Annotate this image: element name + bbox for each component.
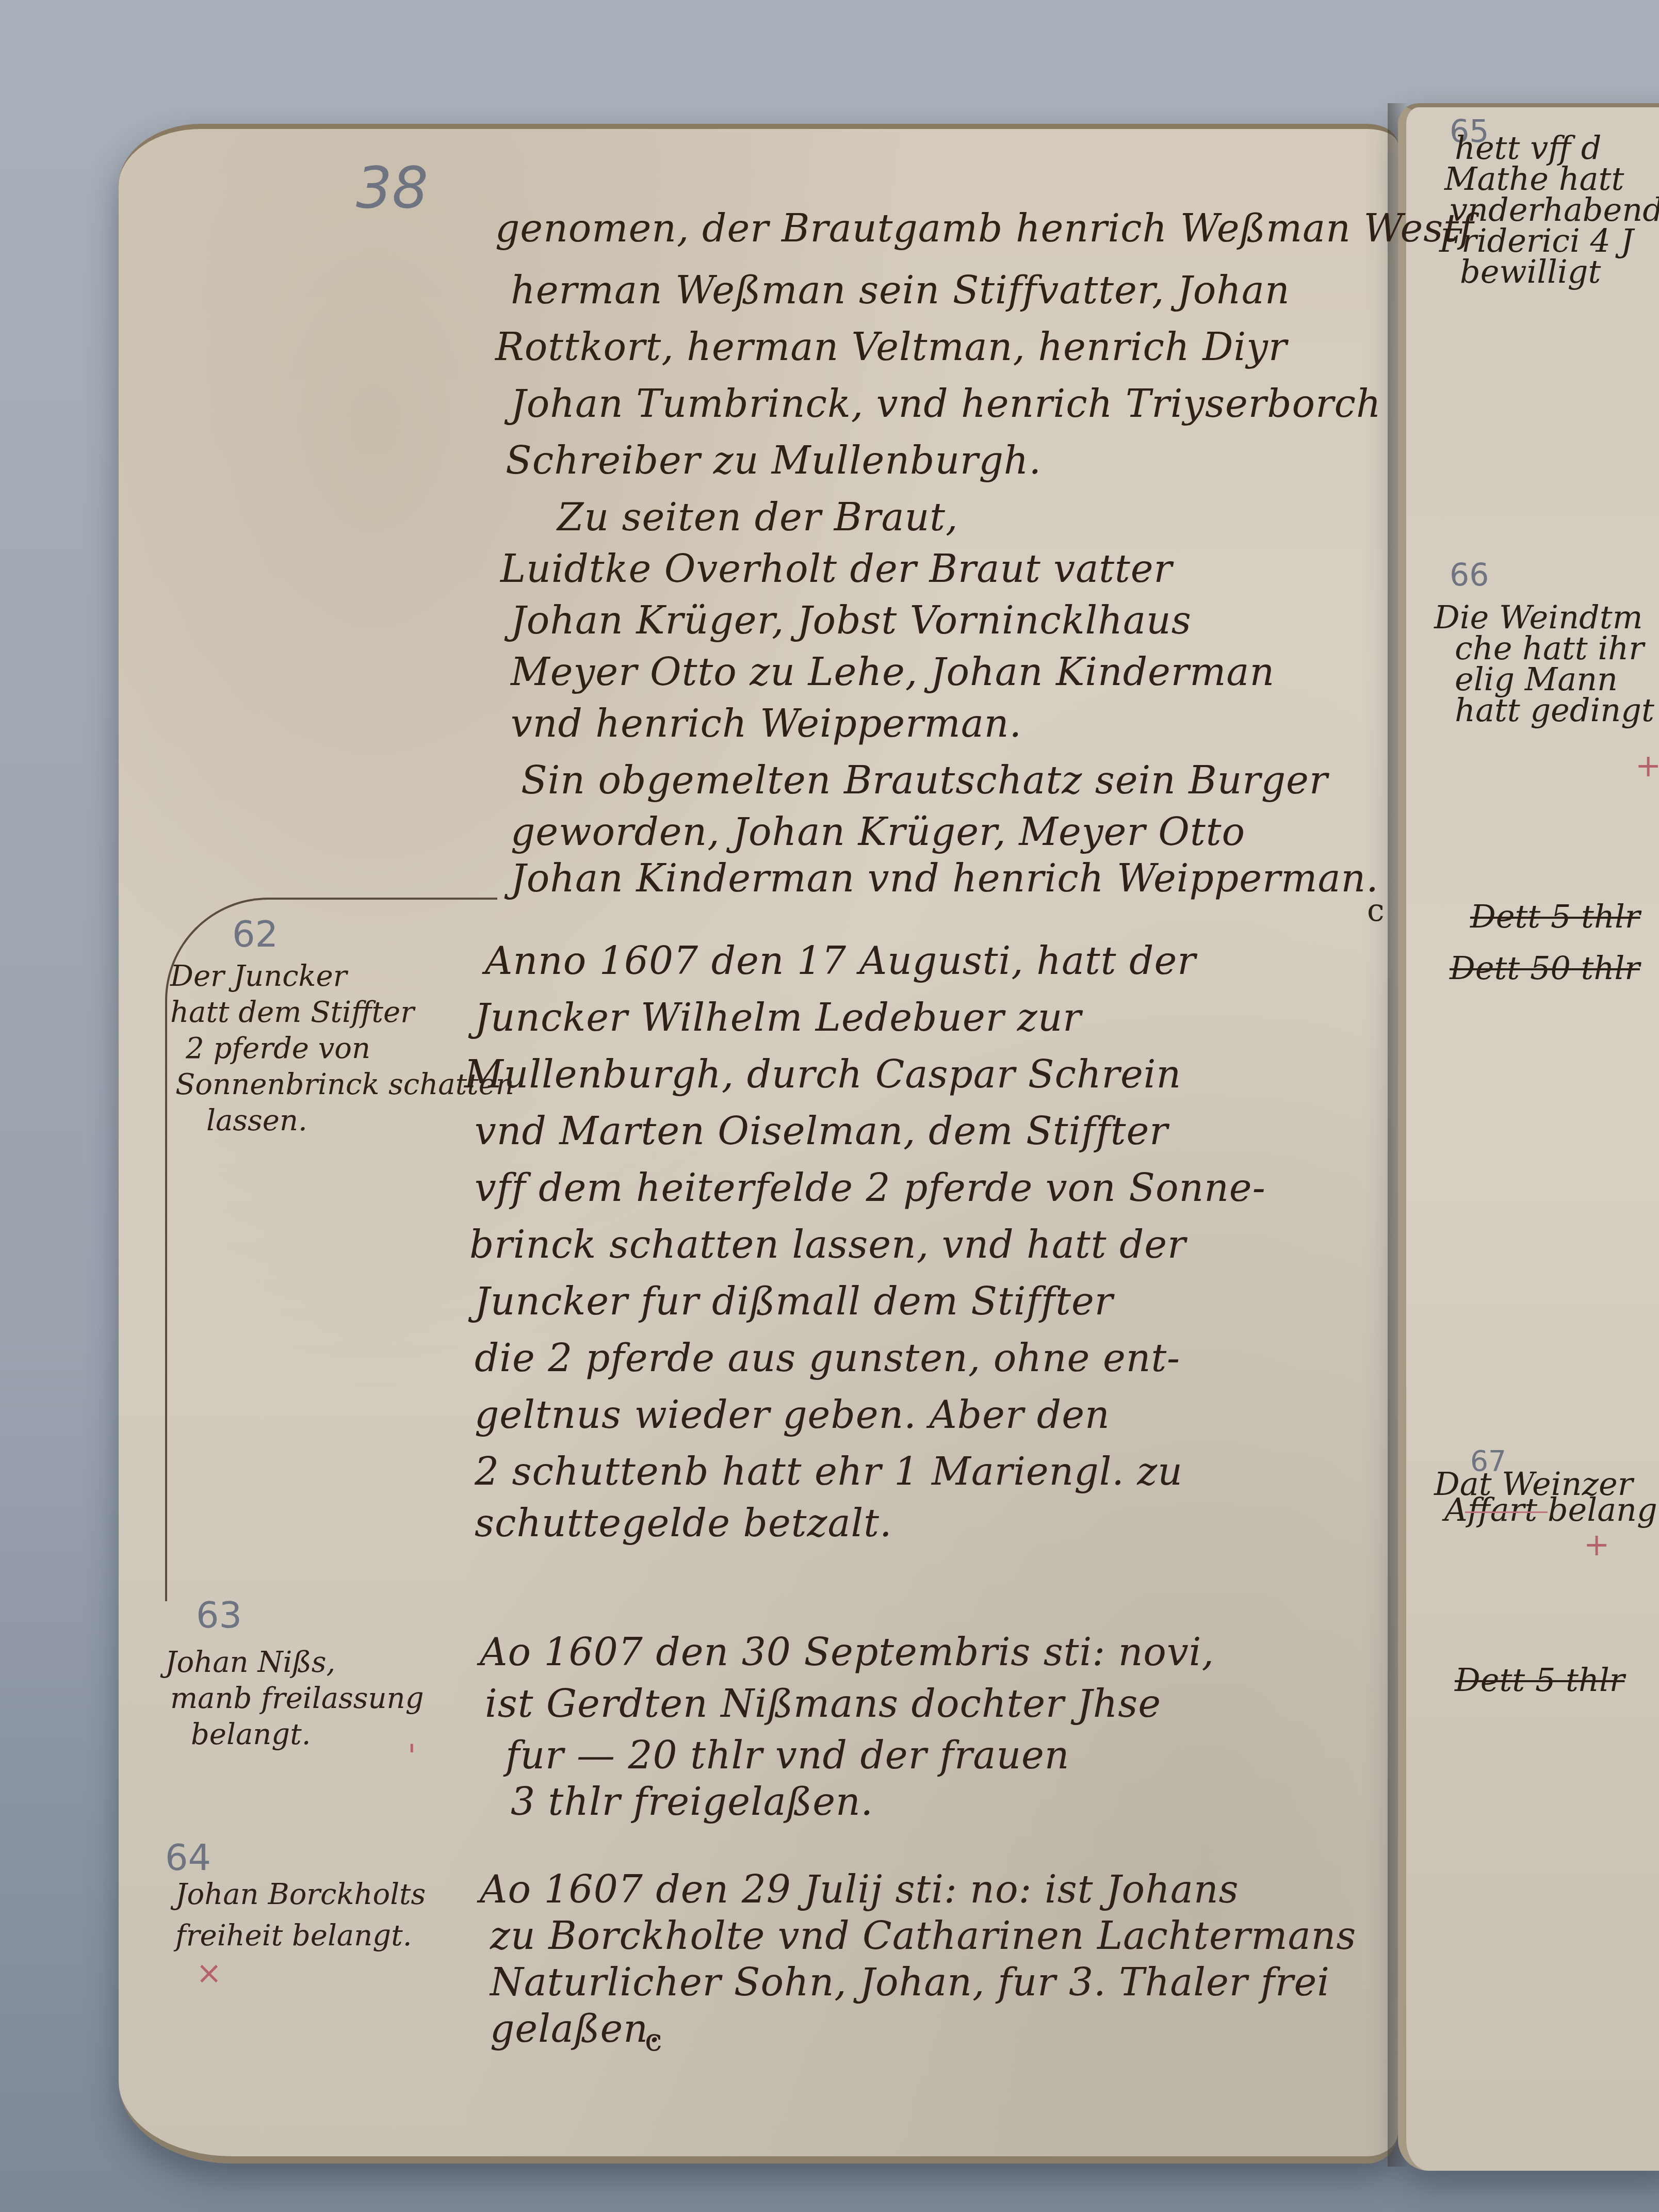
text-line: Zu seiten der Braut,: [557, 495, 958, 540]
end-mark: c: [645, 2022, 662, 2058]
margin-note-line: Johan Borckholts: [175, 1878, 426, 1911]
text-line: zu Borckholte vnd Catharinen Lachtermans: [490, 1914, 1356, 1958]
struck-amount-line: Dett 5 thlr: [1470, 898, 1640, 935]
text-line: Luidtke Overholt der Braut vatter: [500, 547, 1173, 591]
text-line: fur — 20 thlr vnd der frauen: [506, 1733, 1070, 1778]
margin-note-line: Sonnenbrinck schatten: [175, 1068, 514, 1101]
text-line: gelaßen.: [490, 2007, 661, 2051]
red-pencil-mark: ×: [196, 1955, 222, 1991]
entry-number: 62: [232, 913, 278, 955]
text-line: die 2 pferde aus gunsten, ohne ent-: [475, 1336, 1180, 1380]
entry-number: 66: [1450, 557, 1489, 593]
text-line: brinck schatten lassen, vnd hatt der: [469, 1223, 1186, 1267]
text-line: Juncker Wilhelm Ledebuer zur: [475, 996, 1082, 1040]
struck-amount-line: Dett 50 thlr: [1450, 949, 1640, 987]
text-line: Juncker fur dißmall dem Stiffter: [475, 1279, 1113, 1324]
text-line: bewilligt: [1460, 253, 1601, 290]
right-page-content: 65 hett vff d Mathe hatt vnderhabende Fr…: [1408, 0, 1659, 2212]
text-line: Mullenburgh, durch Caspar Schrein: [464, 1052, 1181, 1097]
text-line: ist Gerdten Nißmans dochter Jhse: [485, 1682, 1161, 1726]
margin-note-line: Johan Nißs,: [165, 1646, 335, 1679]
red-pencil-mark: ': [408, 1738, 416, 1775]
text-line: Johan Krüger, Jobst Vornincklhaus: [511, 598, 1192, 643]
struck-amount-line: Dett 5 thlr: [1455, 1661, 1624, 1699]
margin-note-line: belangt.: [191, 1718, 311, 1751]
text-line: 2 schuttenb hatt ehr 1 Mariengl. zu: [475, 1450, 1183, 1494]
margin-note-line: 2 pferde von: [186, 1032, 370, 1065]
text-line: schuttegelde betzalt.: [475, 1501, 892, 1546]
text-line: Johan Kinderman vnd henrich Weipperman.: [511, 856, 1379, 901]
text-line: Ao 1607 den 29 Julij sti: no: ist Johans: [480, 1867, 1239, 1912]
entry-number: 63: [196, 1594, 242, 1636]
margin-note-line: manb freilassung: [170, 1682, 424, 1715]
entry-number: 64: [165, 1836, 211, 1879]
text-line: vff dem heiterfelde 2 pferde von Sonne-: [475, 1166, 1266, 1210]
text-line: Meyer Otto zu Lehe, Johan Kinderman: [511, 650, 1275, 694]
text-line: Rottkort, herman Veltman, henrich Diyr: [495, 325, 1287, 369]
text-line: vnd henrich Weipperman.: [511, 702, 1022, 746]
margin-note-line: hatt dem Stiffter: [170, 996, 414, 1029]
red-pencil-mark: +: [1635, 748, 1659, 784]
text-line: Affart belang: [1444, 1491, 1657, 1528]
text-line: Schreiber zu Mullenburgh.: [506, 438, 1042, 483]
margin-note-line: Der Juncker: [170, 959, 347, 993]
text-line: Naturlicher Sohn, Johan, fur 3. Thaler f…: [490, 1960, 1330, 2005]
folio-number: 38: [356, 155, 428, 221]
text-line: genomen, der Brautgamb henrich Weßman We…: [495, 206, 1474, 251]
margin-note-line: lassen.: [206, 1104, 307, 1137]
text-line: Johan Tumbrinck, vnd henrich Triyserborc…: [511, 382, 1381, 426]
text-line: 3 thlr freigelaßen.: [511, 1780, 873, 1824]
text-line: Ao 1607 den 30 Septembris sti: novi,: [480, 1630, 1214, 1674]
text-line: geltnus wieder geben. Aber den: [475, 1393, 1110, 1437]
text-line: vnd Marten Oiselman, dem Stiffter: [475, 1109, 1168, 1153]
text-line: herman Weßman sein Stiffvatter, Johan: [511, 268, 1290, 313]
end-mark: c: [1367, 892, 1385, 929]
margin-note-line: freiheit belangt.: [175, 1919, 412, 1953]
text-line: Sin obgemelten Brautschatz sein Burger: [521, 758, 1328, 803]
text-line: hatt gedingt: [1455, 691, 1654, 729]
text-line: geworden, Johan Krüger, Meyer Otto: [511, 810, 1245, 854]
red-pencil-mark: +: [1584, 1527, 1609, 1563]
red-underline: [1465, 1511, 1548, 1513]
text-line: Anno 1607 den 17 Augusti, hatt der: [485, 939, 1196, 983]
